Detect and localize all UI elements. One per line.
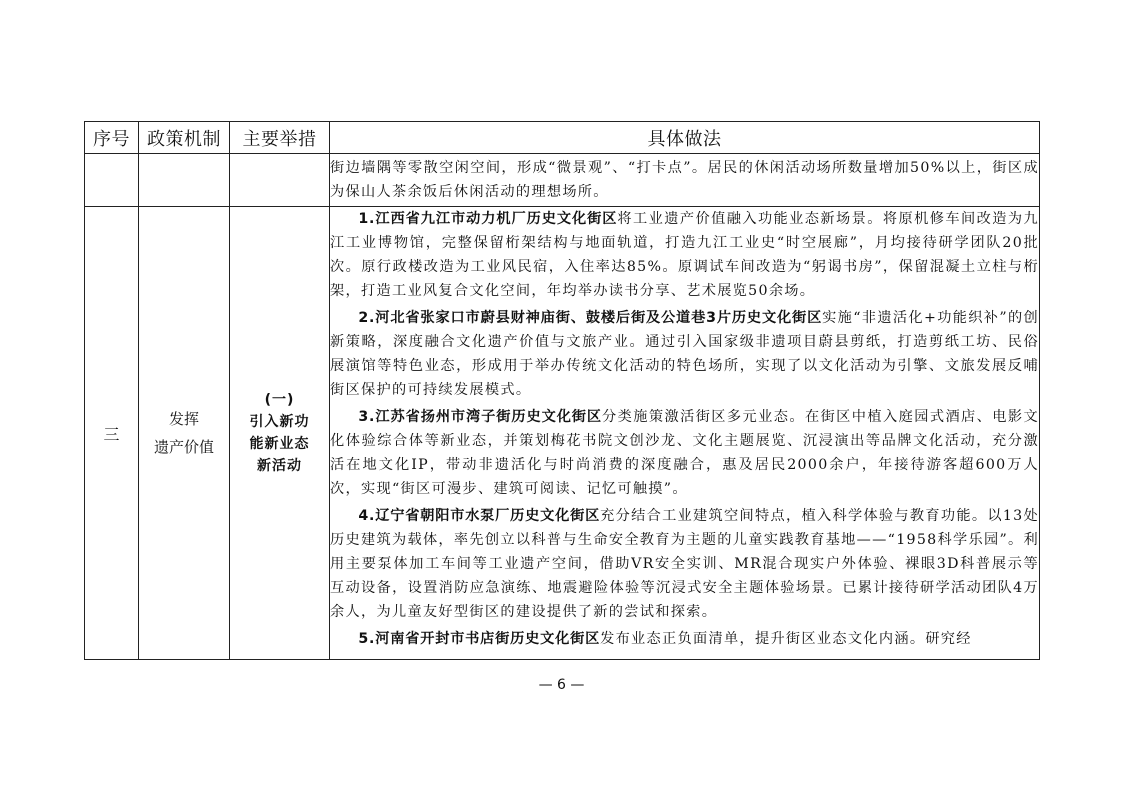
case-title: 2.河北省张家口市蔚县财神庙街、鼓楼后街及公道巷3片历史文化街区: [358, 310, 822, 326]
case-text: 充分结合工业建筑空间特点，植入科学体验与教育功能。以13处历史建筑为载体，率先创…: [330, 508, 1039, 620]
header-seq: 序号: [85, 122, 139, 154]
cell-measure: (一) 引入新功 能新业态 新活动: [230, 207, 330, 660]
table-row: 三 发挥 遗产价值 (一) 引入新功 能新业态 新活动 1.江西省九江市动力机厂…: [85, 207, 1040, 660]
case-text: 发布业态正负面清单，提升街区业态文化内涵。研究经: [600, 631, 972, 647]
mechanism-line: 发挥: [139, 405, 229, 433]
measure-line: 能新业态: [230, 433, 329, 455]
case-title: 5.河南省开封市书店街历史文化街区: [358, 631, 600, 647]
case-item: 2.河北省张家口市蔚县财神庙街、鼓楼后街及公道巷3片历史文化街区实施“非遗活化+…: [330, 306, 1039, 402]
cell-detail: 街边墙隅等零散空闲空间，形成“微景观”、“打卡点”。居民的休闲活动场所数量增加5…: [330, 154, 1040, 207]
case-title: 4.辽宁省朝阳市水泵厂历史文化街区: [358, 508, 600, 524]
case-title: 1.江西省九江市动力机厂历史文化街区: [358, 211, 617, 227]
case-item: 3.江苏省扬州市湾子街历史文化街区分类施策激活街区多元业态。在街区中植入庭园式酒…: [330, 405, 1039, 501]
cell-mechanism: [139, 154, 230, 207]
case-title: 3.江苏省扬州市湾子街历史文化街区: [358, 409, 602, 425]
table-row: 街边墙隅等零散空闲空间，形成“微景观”、“打卡点”。居民的休闲活动场所数量增加5…: [85, 154, 1040, 207]
measure-line: 引入新功: [230, 411, 329, 433]
table-header-row: 序号 政策机制 主要举措 具体做法: [85, 122, 1040, 154]
measure-line: (一): [230, 389, 329, 411]
case-item: 1.江西省九江市动力机厂历史文化街区将工业遗产价值融入功能业态新场景。将原机修车…: [330, 207, 1039, 303]
header-detail: 具体做法: [330, 122, 1040, 154]
case-item: 5.河南省开封市书店街历史文化街区发布业态正负面清单，提升街区业态文化内涵。研究…: [330, 627, 1039, 651]
case-item: 4.辽宁省朝阳市水泵厂历史文化街区充分结合工业建筑空间特点，植入科学体验与教育功…: [330, 504, 1039, 624]
cell-measure: [230, 154, 330, 207]
page-number: — 6 —: [0, 677, 1123, 693]
policy-table: 序号 政策机制 主要举措 具体做法 街边墙隅等零散空闲空间，形成“微景观”、“打…: [84, 121, 1040, 660]
header-mechanism: 政策机制: [139, 122, 230, 154]
cell-mechanism: 发挥 遗产价值: [139, 207, 230, 660]
cell-seq: [85, 154, 139, 207]
measure-line: 新活动: [230, 455, 329, 477]
document-page: 序号 政策机制 主要举措 具体做法 街边墙隅等零散空闲空间，形成“微景观”、“打…: [0, 0, 1123, 794]
mechanism-line: 遗产价值: [139, 433, 229, 461]
continuation-text: 街边墙隅等零散空闲空间，形成“微景观”、“打卡点”。居民的休闲活动场所数量增加5…: [330, 156, 1039, 204]
detail-content: 1.江西省九江市动力机厂历史文化街区将工业遗产价值融入功能业态新场景。将原机修车…: [330, 207, 1039, 659]
header-measure: 主要举措: [230, 122, 330, 154]
cell-seq: 三: [85, 207, 139, 660]
cell-detail: 1.江西省九江市动力机厂历史文化街区将工业遗产价值融入功能业态新场景。将原机修车…: [330, 207, 1040, 660]
